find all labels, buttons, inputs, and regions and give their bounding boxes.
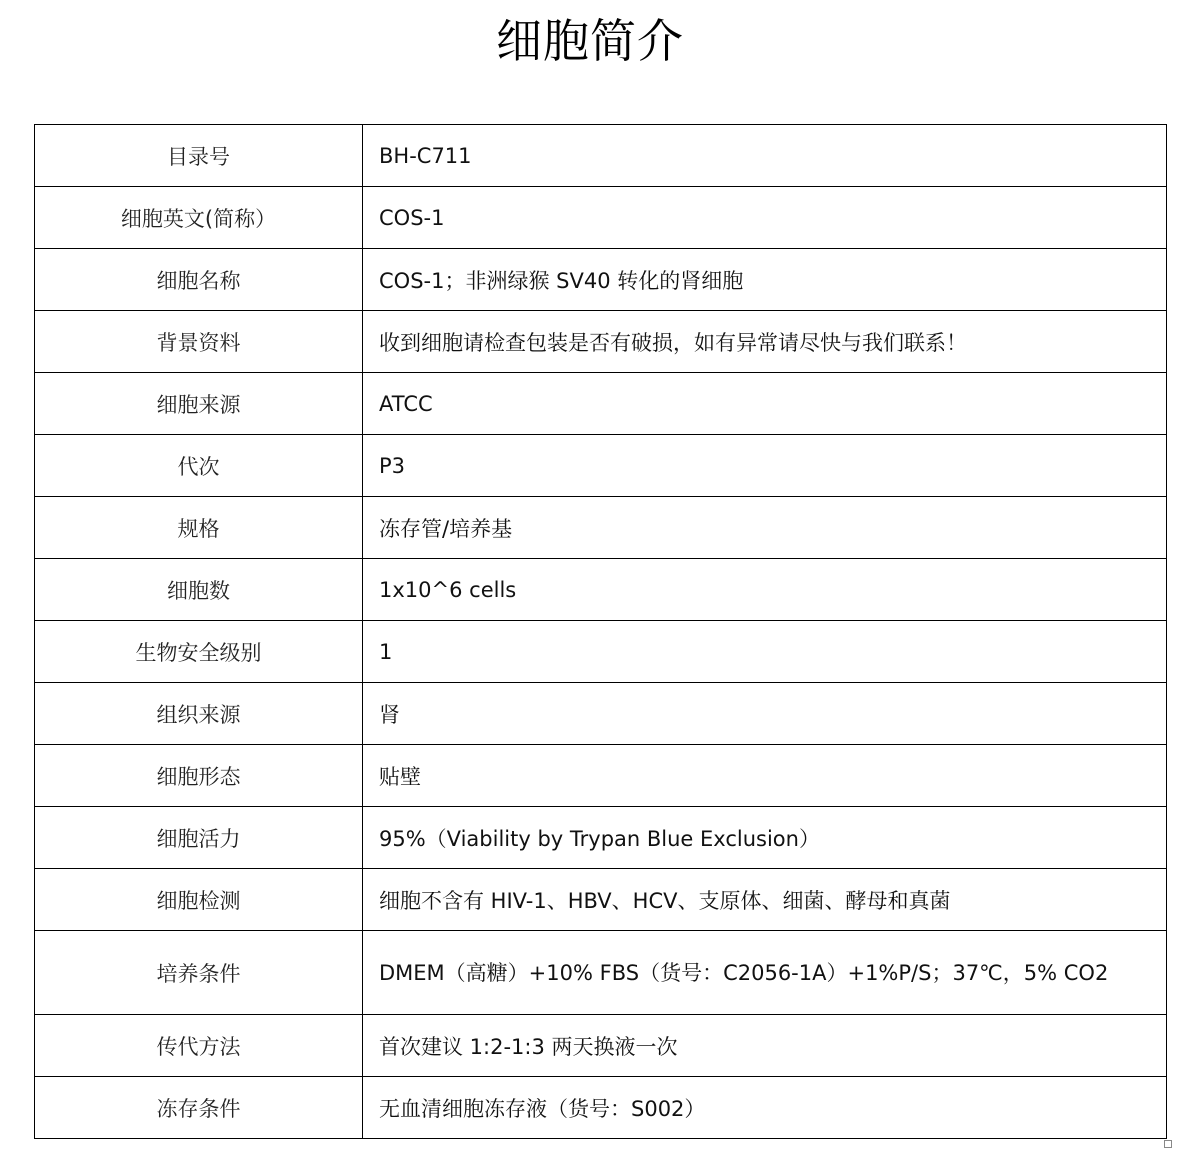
row-label: 细胞名称 (35, 249, 363, 311)
table-row-passage: 代次 P3 (35, 435, 1167, 497)
table-row-viability: 细胞活力 95%（Viability by Trypan Blue Exclus… (35, 807, 1167, 869)
row-value: 冻存管/培养基 (363, 497, 1167, 559)
row-label: 生物安全级别 (35, 621, 363, 683)
table-row-passage-method: 传代方法 首次建议 1:2-1:3 两天换液一次 (35, 1015, 1167, 1077)
row-value: 细胞不含有 HIV-1、HBV、HCV、支原体、细菌、酵母和真菌 (363, 869, 1167, 931)
row-value: COS-1；非洲绿猴 SV40 转化的肾细胞 (363, 249, 1167, 311)
row-label: 细胞英文(简称） (35, 187, 363, 249)
table-row-culture-conditions: 培养条件 DMEM（高糖）+10% FBS（货号：C2056-1A）+1%P/S… (35, 931, 1167, 1015)
row-value: 1x10^6 cells (363, 559, 1167, 621)
table-row-background: 背景资料 收到细胞请检查包装是否有破损，如有异常请尽快与我们联系！ (35, 311, 1167, 373)
row-label: 细胞数 (35, 559, 363, 621)
row-label: 细胞活力 (35, 807, 363, 869)
row-value: 95%（Viability by Trypan Blue Exclusion） (363, 807, 1167, 869)
table-row-specification: 规格 冻存管/培养基 (35, 497, 1167, 559)
table-row-cell-name: 细胞名称 COS-1；非洲绿猴 SV40 转化的肾细胞 (35, 249, 1167, 311)
page-title: 细胞简介 (0, 10, 1180, 72)
row-label: 细胞检测 (35, 869, 363, 931)
row-value: COS-1 (363, 187, 1167, 249)
table-resize-handle-icon (1164, 1140, 1172, 1148)
row-label: 组织来源 (35, 683, 363, 745)
row-value: 收到细胞请检查包装是否有破损，如有异常请尽快与我们联系！ (363, 311, 1167, 373)
row-label: 传代方法 (35, 1015, 363, 1077)
table-row-biosafety-level: 生物安全级别 1 (35, 621, 1167, 683)
row-value: P3 (363, 435, 1167, 497)
table-row-catalog-number: 目录号 BH-C711 (35, 125, 1167, 187)
row-label: 目录号 (35, 125, 363, 187)
row-value: 肾 (363, 683, 1167, 745)
table-row-cell-source: 细胞来源 ATCC (35, 373, 1167, 435)
row-value: 首次建议 1:2-1:3 两天换液一次 (363, 1015, 1167, 1077)
table-row-morphology: 细胞形态 贴壁 (35, 745, 1167, 807)
row-label: 培养条件 (35, 931, 363, 1015)
table-row-cell-count: 细胞数 1x10^6 cells (35, 559, 1167, 621)
row-value: 贴壁 (363, 745, 1167, 807)
row-label: 细胞形态 (35, 745, 363, 807)
row-value: 无血清细胞冻存液（货号：S002） (363, 1077, 1167, 1139)
row-label: 背景资料 (35, 311, 363, 373)
row-value: 1 (363, 621, 1167, 683)
row-label: 冻存条件 (35, 1077, 363, 1139)
table-row-tissue-source: 组织来源 肾 (35, 683, 1167, 745)
cell-info-table: 目录号 BH-C711 细胞英文(简称） COS-1 细胞名称 COS-1；非洲… (34, 124, 1167, 1139)
row-value: ATCC (363, 373, 1167, 435)
row-label: 代次 (35, 435, 363, 497)
row-label: 细胞来源 (35, 373, 363, 435)
table-row-cryopreservation: 冻存条件 无血清细胞冻存液（货号：S002） (35, 1077, 1167, 1139)
table-row-english-name: 细胞英文(简称） COS-1 (35, 187, 1167, 249)
row-value: BH-C711 (363, 125, 1167, 187)
row-value: DMEM（高糖）+10% FBS（货号：C2056-1A）+1%P/S；37℃，… (363, 931, 1167, 1015)
table-row-testing: 细胞检测 细胞不含有 HIV-1、HBV、HCV、支原体、细菌、酵母和真菌 (35, 869, 1167, 931)
row-label: 规格 (35, 497, 363, 559)
